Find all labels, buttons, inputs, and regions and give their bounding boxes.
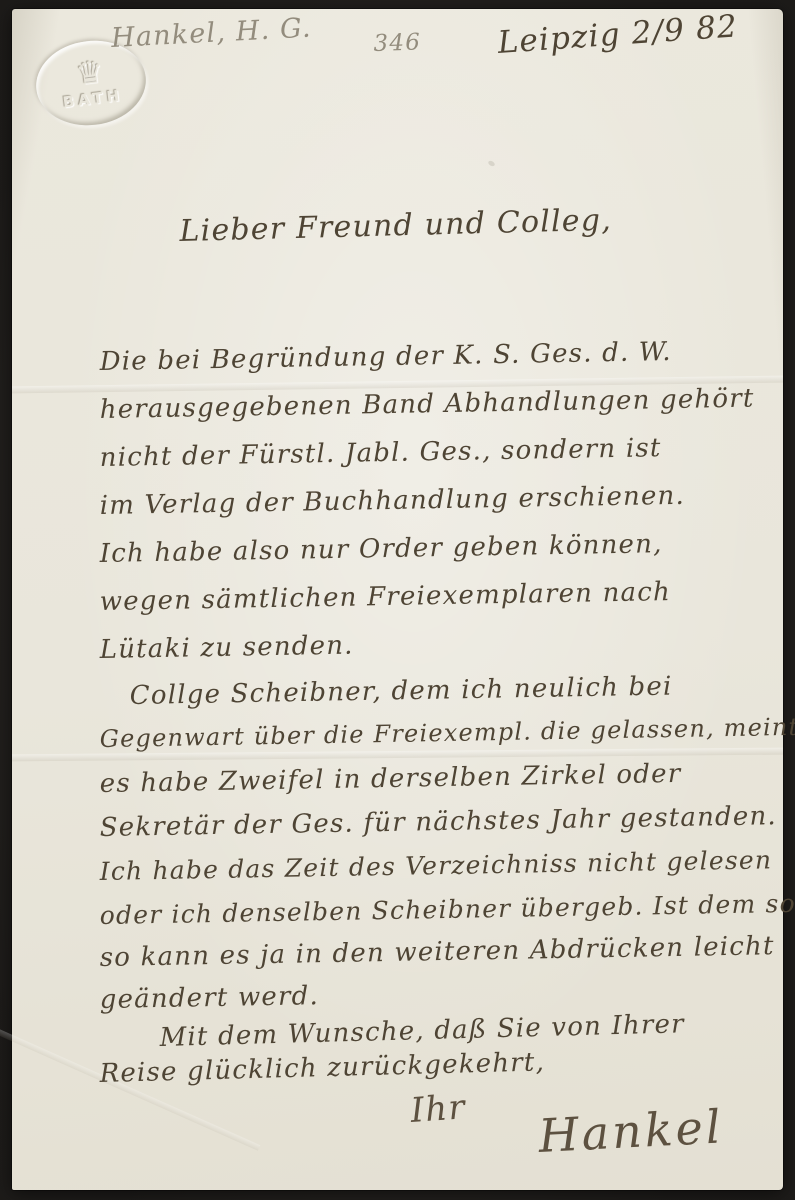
body-line: Ich habe also nur Order geben können, <box>99 529 662 569</box>
body-line: herausgegebenen Band Abhandlungen gehört <box>99 384 754 425</box>
body-line: wegen sämtlichen Freiexemplaren nach <box>99 577 671 617</box>
body-line: Lütaki zu senden. <box>99 631 353 665</box>
seal-text: BATH <box>62 86 124 111</box>
body-line: Gegenwart über die Freiexempl. die gelas… <box>100 713 795 753</box>
body-line: Ich habe das Zeit des Verzeichniss nicht… <box>99 845 772 886</box>
body-line: im Verlag der Buchhandlung erschienen. <box>99 481 685 521</box>
signature: Hankel <box>537 1099 725 1163</box>
body-line: Sekretär der Ges. für nächstes Jahr gest… <box>99 801 777 843</box>
body-line: geändert werd. <box>99 981 319 1015</box>
body-line: es habe Zweifel in derselben Zirkel oder <box>99 759 681 799</box>
dateline: Leipzig 2/9 82 <box>496 8 739 61</box>
pencil-number-annotation: 346 <box>373 29 421 57</box>
body-line: so kann es ja in den weiteren Abdrücken … <box>99 931 774 973</box>
body-line: Die bei Begründung der K. S. Ges. d. W. <box>99 337 671 377</box>
body-line: oder ich denselben Scheibner übergeb. Is… <box>99 889 795 930</box>
ink-speck <box>487 160 495 167</box>
valediction: Ihr <box>409 1087 467 1131</box>
letter-page: ♛ BATH Hankel, H. G. 346 Leipzig 2/9 82 … <box>12 9 783 1190</box>
body-line: nicht der Fürstl. Jabl. Ges., sondern is… <box>99 433 661 473</box>
pencil-author-annotation: Hankel, H. G. <box>110 13 312 54</box>
closing-line: Mit dem Wunsche, daß Sie von Ihrer <box>159 1009 685 1053</box>
salutation: Lieber Freund und Colleg, <box>179 203 612 249</box>
closing-line: Reise glücklich zurückgekehrt, <box>99 1047 545 1089</box>
body-line: Collge Scheibner, dem ich neulich bei <box>129 672 672 711</box>
crown-icon: ♛ <box>75 57 105 90</box>
